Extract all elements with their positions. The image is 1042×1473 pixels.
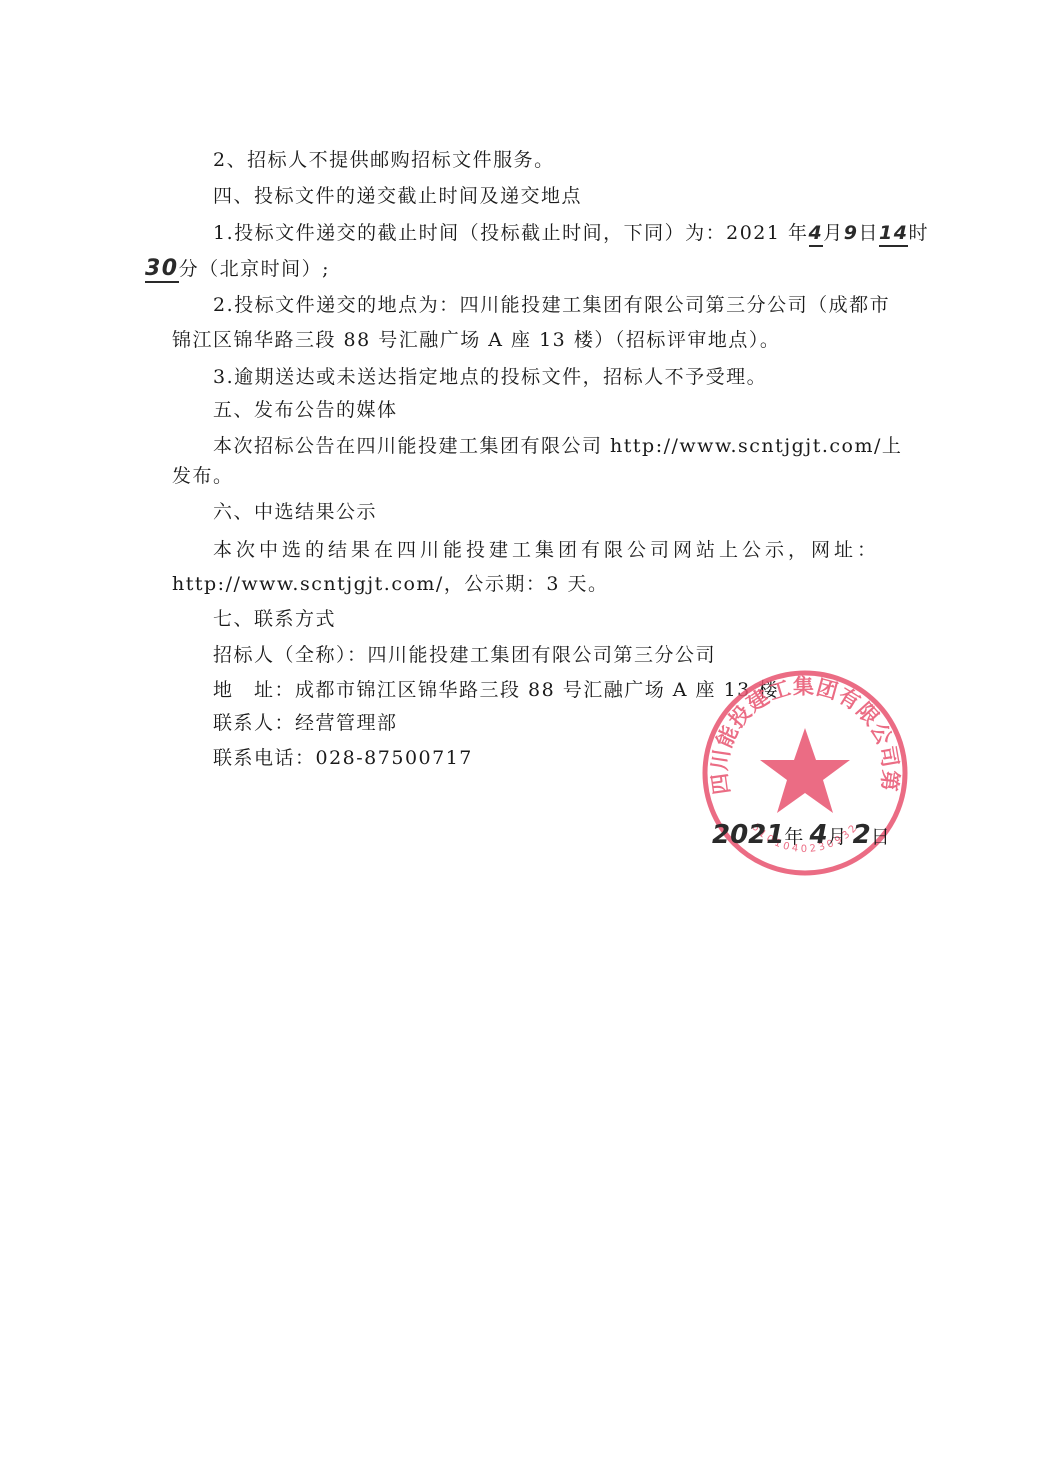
- text-span: 月: [823, 222, 844, 244]
- text-line: 本次中选的结果在四川能投建工集团有限公司网站上公示，网址：: [213, 538, 880, 562]
- section-heading: 四、投标文件的递交截止时间及递交地点: [213, 184, 582, 208]
- section-heading: 六、中选结果公示: [213, 500, 377, 524]
- handwritten-minute: 30: [145, 257, 179, 283]
- section-heading: 五、发布公告的媒体: [213, 398, 398, 422]
- deadline-line: 1.投标文件递交的截止时间（投标截止时间，下同）为：2021 年4月9日14时: [213, 221, 929, 247]
- section-heading: 七、联系方式: [213, 607, 336, 631]
- handwritten-day: 9: [844, 221, 859, 245]
- document-page: 2、招标人不提供邮购招标文件服务。 四、投标文件的递交截止时间及递交地点 1.投…: [0, 0, 1042, 1473]
- text-span: 分（北京时间）;: [179, 258, 330, 280]
- handwritten-day: 2: [853, 820, 871, 850]
- handwritten-hour: 14: [879, 221, 908, 247]
- text-line: 2、招标人不提供邮购招标文件服务。: [213, 148, 555, 172]
- text-span: 1.投标文件递交的截止时间（投标截止时间，下同）为：2021 年: [213, 222, 809, 244]
- handwritten-year: 2021: [712, 820, 784, 850]
- text-line: 锦江区锦华路三段 88 号汇融广场 A 座 13 楼）（招标评审地点）。: [172, 328, 780, 352]
- text-line: 3.逾期送达或未送达指定地点的投标文件，招标人不予受理。: [213, 365, 767, 389]
- text-line: 联系电话：028-87500717: [213, 746, 473, 770]
- text-line: http://www.scntjgjt.com/，公示期：3 天。: [172, 572, 608, 596]
- text-span: 月: [828, 826, 847, 848]
- text-span: 年: [784, 826, 803, 848]
- text-line: 招标人（全称）：四川能投建工集团有限公司第三分公司: [213, 643, 716, 667]
- deadline-line-cont: 30分（北京时间）;: [145, 257, 330, 283]
- text-line: 2.投标文件递交的地点为：四川能投建工集团有限公司第三分公司（成都市: [213, 293, 890, 317]
- text-span: 日: [859, 222, 880, 244]
- text-line: 地 址：成都市锦江区锦华路三段 88 号汇融广场 A 座 13 楼: [213, 678, 779, 702]
- text-line: 发布。: [172, 464, 234, 488]
- text-span: 日: [871, 826, 890, 848]
- text-span: 时: [908, 222, 929, 244]
- handwritten-month: 4: [809, 820, 827, 850]
- handwritten-month: 4: [809, 221, 824, 247]
- text-line: 联系人：经营管理部: [213, 711, 398, 735]
- text-line: 本次招标公告在四川能投建工集团有限公司 http://www.scntjgjt.…: [213, 434, 902, 458]
- signature-date: 2021年 4月 2日: [712, 820, 890, 850]
